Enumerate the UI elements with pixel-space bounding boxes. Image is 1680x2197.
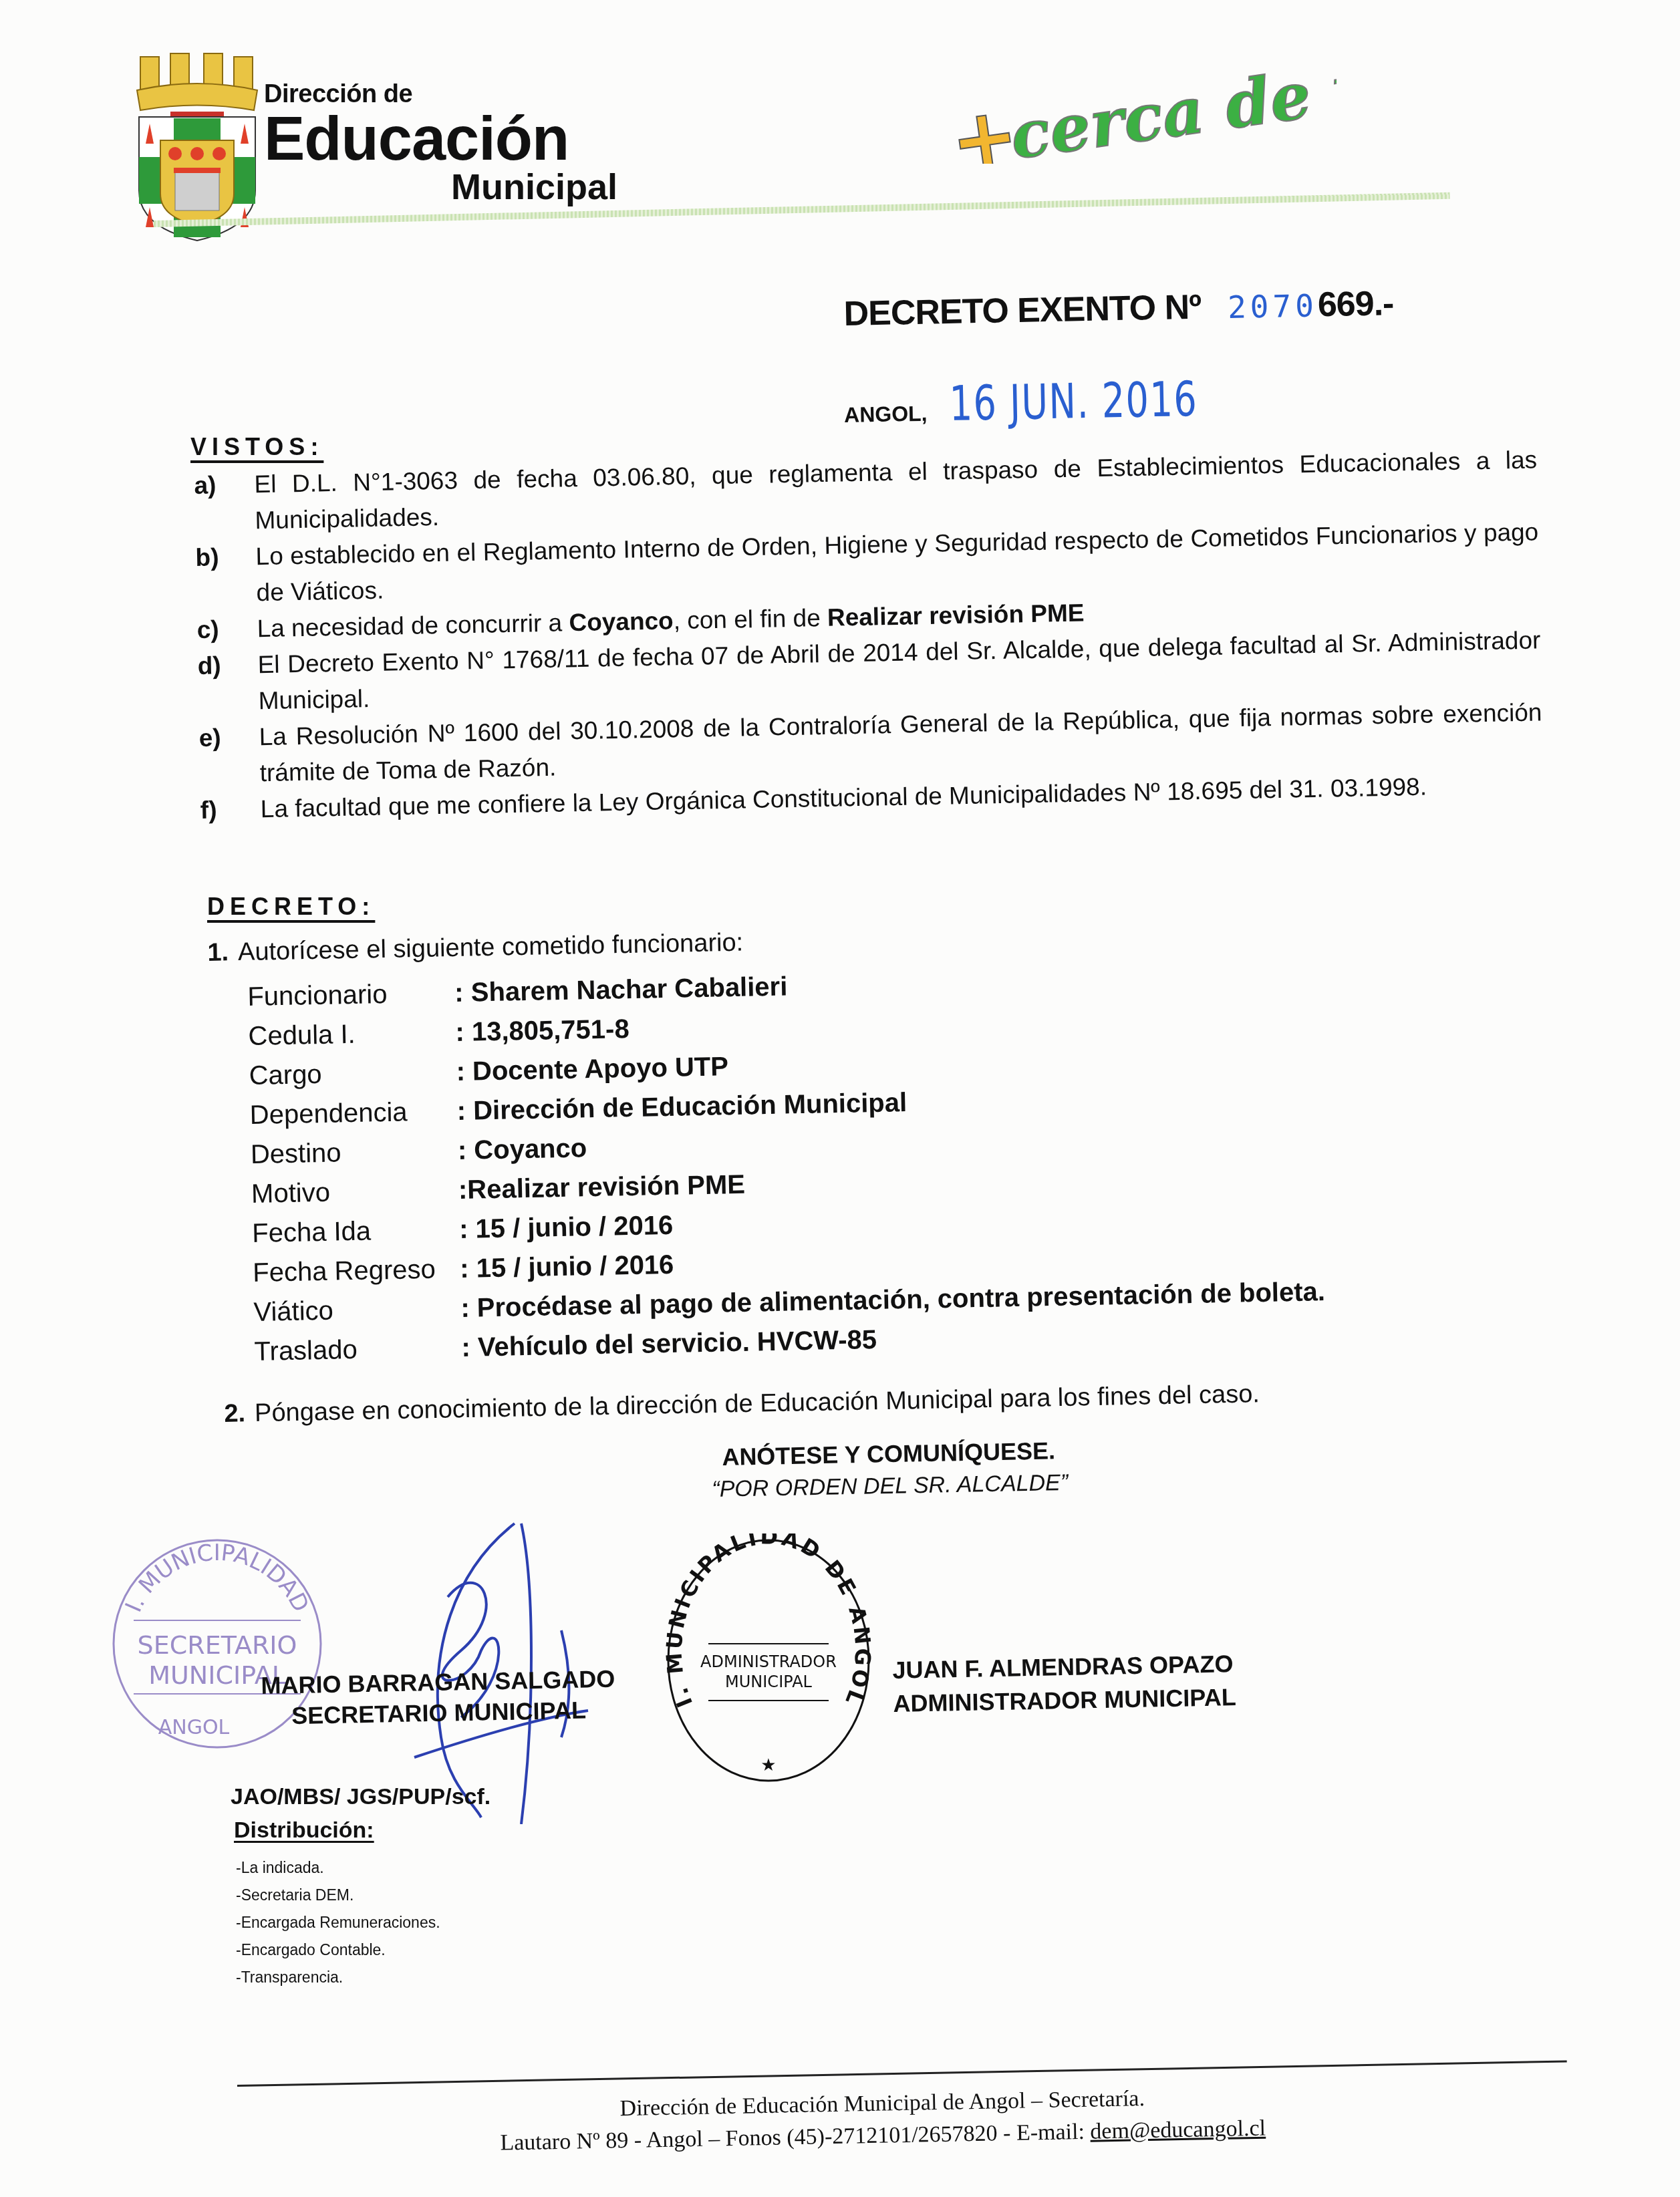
- slogan-logo: + cerca de ti: [949, 63, 1337, 164]
- brand-logo: Dirección de Educación Municipal: [264, 80, 617, 208]
- detail-label: Motivo: [251, 1175, 459, 1209]
- vistos-item-label: a): [194, 466, 255, 540]
- detail-value: : 13,805,751-8: [455, 1014, 629, 1048]
- distribution-item: -La indicada.: [236, 1854, 440, 1882]
- distribution-item: -Secretaria DEM.: [236, 1882, 440, 1909]
- article-2: 2.Póngase en conocimiento de la direcció…: [224, 1380, 1260, 1429]
- secretario-signatory: MARIO BARRAGAN SALGADO SECRETARIO MUNICI…: [261, 1664, 616, 1732]
- article-text: Póngase en conocimiento de la dirección …: [255, 1380, 1260, 1427]
- brand-line-2: Educación: [264, 109, 617, 169]
- detail-value: : 15 / junio / 2016: [460, 1250, 674, 1284]
- detail-value: : Sharem Nachar Cabalieri: [454, 972, 788, 1008]
- detail-label: Funcionario: [247, 978, 455, 1012]
- decree-title-label: DECRETO EXENTO Nº: [843, 288, 1202, 333]
- detail-label: Destino: [251, 1136, 458, 1170]
- detail-value: :Realizar revisión PME: [458, 1170, 746, 1205]
- order-of-mayor: “POR ORDEN DEL SR. ALCALDE”: [712, 1470, 1068, 1503]
- stamp-center-1: ADMINISTRADOR: [700, 1652, 837, 1671]
- star-icon: ★: [760, 1755, 776, 1775]
- text-segment: La necesidad de concurrir a: [257, 609, 569, 642]
- commission-details: Funcionario: Sharem Nachar Cabalieri Ced…: [247, 962, 1326, 1376]
- decree-printed-number: 669.-: [1317, 284, 1394, 324]
- stamp-center-1: SECRETARIO: [138, 1630, 297, 1660]
- text-segment: , con el fin de: [673, 604, 827, 634]
- detail-label: Cedula I.: [248, 1018, 456, 1052]
- coat-of-arms-icon: [134, 50, 261, 244]
- decreto-heading: DECRETO:: [207, 893, 375, 921]
- closing-formula: ANÓTESE Y COMUNÍQUESE.: [722, 1437, 1055, 1471]
- detail-value: : 15 / junio / 2016: [459, 1211, 674, 1245]
- distribution-list: -La indicada. -Secretaria DEM. -Encargad…: [236, 1854, 440, 1991]
- administrador-signatory: JUAN F. ALMENDRAS OPAZO ADMINISTRADOR MU…: [892, 1647, 1236, 1721]
- vistos-item-label: e): [198, 719, 260, 792]
- stamp-center-2: MUNICIPAL: [725, 1672, 812, 1691]
- article-text: Autorícese el siguiente cometido funcion…: [238, 929, 744, 967]
- stamp-ring-text: I. MUNICIPALIDAD: [120, 1540, 314, 1616]
- document-page: Dirección de Educación Municipal + cerca…: [0, 0, 1680, 2197]
- purpose-bold: Realizar revisión PME: [827, 599, 1085, 631]
- distribution-heading: Distribución:: [234, 1817, 374, 1844]
- vistos-item-label: b): [195, 539, 257, 612]
- detail-value: : Docente Apoyo UTP: [456, 1052, 728, 1087]
- detail-label: Fecha Regreso: [253, 1254, 460, 1288]
- slogan-text: cerca de ti: [1006, 63, 1337, 164]
- vistos-list: a) El D.L. N°1-3063 de fecha 03.06.80, q…: [194, 442, 1544, 828]
- footer-email-link[interactable]: dem@educangol.cl: [1090, 2116, 1266, 2144]
- place: ANGOL,: [844, 402, 928, 427]
- vistos-heading: VISTOS:: [190, 433, 323, 461]
- distribution-item: -Encargada Remuneraciones.: [236, 1909, 440, 1936]
- secretario-title: SECRETARIO MUNICIPAL: [291, 1695, 616, 1731]
- footer: Dirección de Educación Municipal de Ango…: [347, 2077, 1418, 2162]
- detail-label: Fecha Ida: [252, 1215, 460, 1249]
- vistos-item-label: c): [196, 611, 257, 648]
- detail-label: Viático: [253, 1294, 461, 1328]
- distribution-item: -Encargado Contable.: [236, 1936, 440, 1964]
- place-date: ANGOL,16 JUN. 2016: [843, 369, 1281, 434]
- article-number: 1.: [207, 938, 229, 967]
- initials: JAO/MBS/ JGS/PUP/scf.: [231, 1784, 491, 1810]
- decree-stamped-number: 2070: [1228, 287, 1318, 325]
- stamp-bottom: ANGOL: [158, 1716, 230, 1739]
- destination-bold: Coyanco: [569, 607, 674, 636]
- article-number: 2.: [224, 1399, 246, 1428]
- detail-value: : Coyanco: [457, 1133, 587, 1166]
- decree-title: DECRETO EXENTO Nº2070669.-: [843, 283, 1394, 334]
- detail-label: Cargo: [249, 1057, 456, 1091]
- administrador-stamp-icon: I. MUNICIPALIDAD DE ANGOL ADMINISTRADOR …: [662, 1533, 875, 1787]
- detail-label: Dependencia: [249, 1096, 457, 1131]
- detail-label: Traslado: [254, 1333, 462, 1367]
- vistos-item-label: d): [197, 647, 259, 720]
- stamped-date: 16 JUN. 2016: [949, 371, 1198, 432]
- brand-line-3: Municipal: [451, 166, 617, 208]
- vistos-item-label: f): [200, 791, 261, 829]
- article-1: 1.Autorícese el siguiente cometido funci…: [207, 929, 744, 968]
- administrador-title: ADMINISTRADOR MUNICIPAL: [893, 1680, 1236, 1721]
- distribution-item: -Transparencia.: [236, 1964, 440, 1991]
- svg-text:I. MUNICIPALIDAD: I. MUNICIPALIDAD: [120, 1540, 314, 1616]
